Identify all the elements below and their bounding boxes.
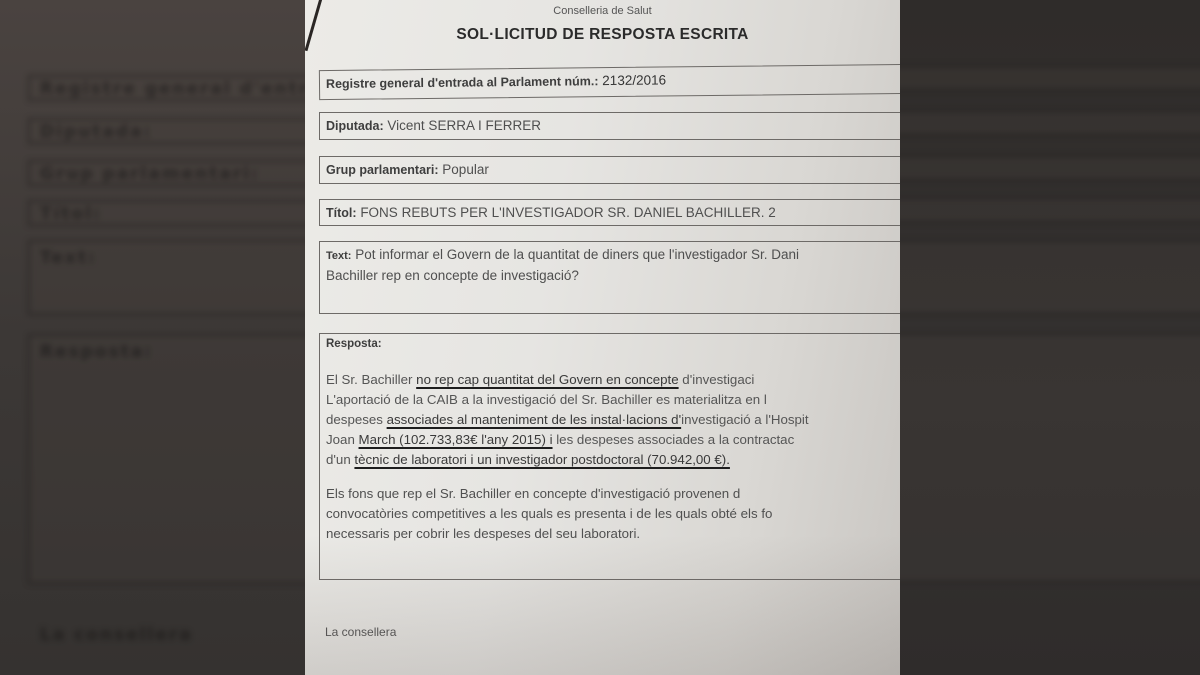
paragraph-line: necessaris per cobrir les despeses del s… — [326, 524, 900, 544]
document-page: Conselleria de Salut SOL·LICITUD DE RESP… — [305, 0, 900, 675]
paragraph-line: despeses associades al manteniment de le… — [326, 410, 900, 430]
diputada-label: Diputada: — [326, 119, 384, 133]
resposta-paragraph-1: El Sr. Bachiller no rep cap quantitat de… — [326, 370, 900, 470]
diputada-value: Vicent SERRA I FERRER — [387, 118, 541, 133]
field-resposta: Resposta: El Sr. Bachiller no rep cap qu… — [319, 333, 900, 580]
field-diputada: Diputada: Vicent SERRA I FERRER — [319, 112, 900, 140]
grup-label: Grup parlamentari: — [326, 163, 439, 177]
underlined-text: tècnic de laboratori i un investigador p… — [354, 452, 730, 467]
paragraph-line: L'aportació de la CAIB a la investigació… — [326, 390, 900, 410]
registre-label: Registre general d'entrada al Parlament … — [326, 74, 599, 91]
blurred-background-left: Registre general d'entrada al Parlament … — [0, 0, 305, 675]
department-header: Conselleria de Salut — [305, 5, 900, 17]
registre-value: 2132/2016 — [602, 72, 666, 88]
paragraph-line: Els fons que rep el Sr. Bachiller en con… — [326, 484, 900, 504]
grup-value: Popular — [442, 162, 489, 177]
document-title: SOL·LICITUD DE RESPOSTA ESCRITA — [305, 26, 900, 44]
underlined-text: March (102.733,83€ l'any 2015) i — [359, 432, 553, 447]
field-grup-parlamentari: Grup parlamentari: Popular — [319, 156, 900, 184]
field-text: Text: Pot informar el Govern de la quant… — [319, 241, 900, 314]
titol-value: FONS REBUTS PER L'INVESTIGADOR SR. DANIE… — [360, 205, 775, 220]
underlined-text: associades al manteniment de les instal·… — [387, 412, 682, 427]
paragraph-line: Joan March (102.733,83€ l'any 2015) i le… — [326, 430, 900, 450]
titol-label: Títol: — [326, 206, 357, 220]
text-line-2: Bachiller rep en concepte de investigaci… — [326, 268, 579, 283]
resposta-label: Resposta: — [326, 338, 900, 350]
blurred-background-right — [900, 0, 1200, 675]
underlined-text: no rep cap quantitat del Govern en conce… — [416, 372, 678, 387]
text-label: Text: — [326, 250, 351, 262]
paragraph-line: El Sr. Bachiller no rep cap quantitat de… — [326, 370, 900, 390]
field-titol: Títol: FONS REBUTS PER L'INVESTIGADOR SR… — [319, 199, 900, 226]
signature-label: La consellera — [325, 625, 396, 639]
paragraph-line: d'un tècnic de laboratori i un investiga… — [326, 450, 900, 470]
field-registre: Registre general d'entrada al Parlament … — [319, 64, 900, 100]
paragraph-line: convocatòries competitives a les quals e… — [326, 504, 900, 524]
resposta-paragraph-2: Els fons que rep el Sr. Bachiller en con… — [326, 484, 900, 544]
text-line-1: Pot informar el Govern de la quantitat d… — [355, 247, 799, 262]
